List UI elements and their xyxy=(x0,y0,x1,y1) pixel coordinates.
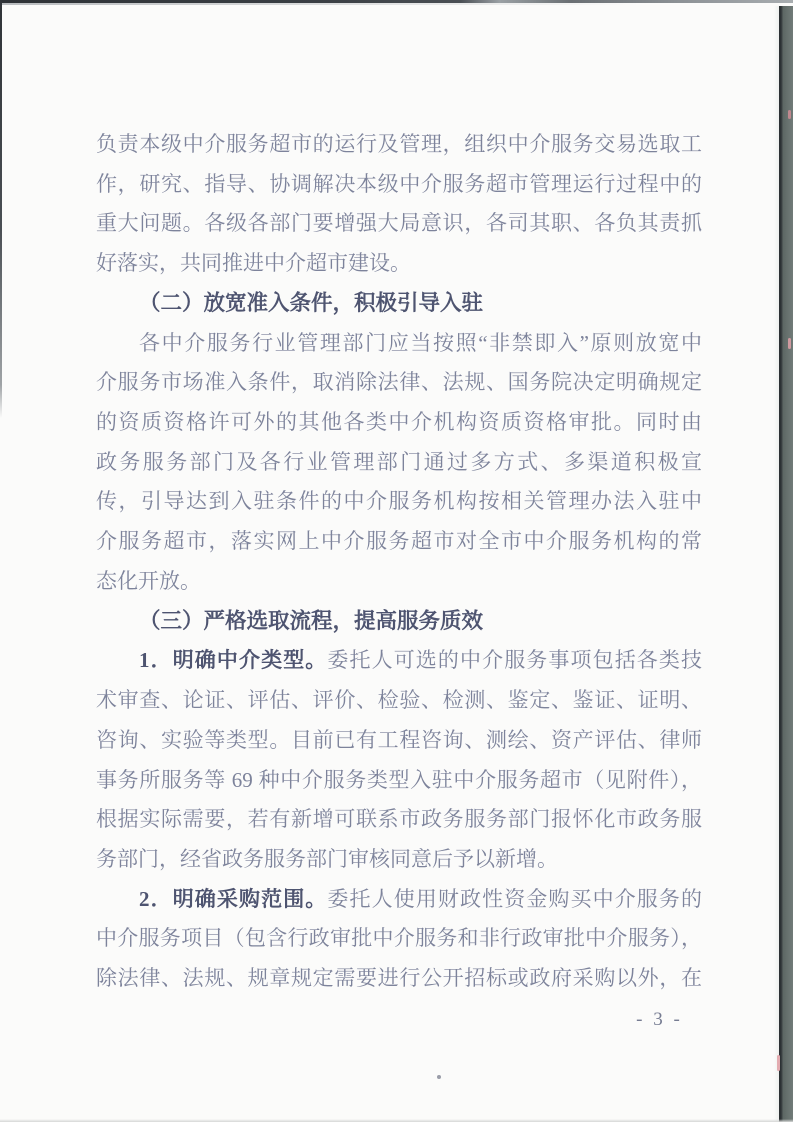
text-line: 2．明确采购范围。委托人使用财政性资金购买中介服务的 xyxy=(96,880,702,920)
text-line: 负责本级中介服务超市的运行及管理，组织中介服务交易选取工 xyxy=(96,125,702,165)
text-line: 术审查、论证、评估、评价、检验、检测、鉴定、鉴证、证明、 xyxy=(96,681,702,721)
text-line: 根据实际需要，若有新增可联系市政务服务部门报怀化市政务服 xyxy=(96,800,702,840)
text-line: 中介服务项目（包含行政审批中介服务和非行政审批中介服务）， xyxy=(96,919,702,959)
text-line: 态化开放。 xyxy=(96,562,702,602)
text-line: 务部门，经省政务服务部门审核同意后予以新增。 xyxy=(96,840,702,880)
text-line: 政务服务部门及各行业管理部门通过多方式、多渠道积极宣 xyxy=(96,443,702,483)
scan-artifact-speck xyxy=(437,1075,441,1079)
scan-binding-strip xyxy=(779,6,793,1122)
text-line: 介服务市场准入条件，取消除法律、法规、国务院决定明确规定 xyxy=(96,363,702,403)
text-line: 重大问题。各级各部门要增强大局意识，各司其职、各负其责抓 xyxy=(96,204,702,244)
text-line: 1．明确中介类型。委托人可选的中介服务事项包括各类技 xyxy=(96,641,702,681)
bold-lead-in: 1．明确中介类型。 xyxy=(139,648,327,672)
bold-lead-in: 2．明确采购范围。 xyxy=(139,887,327,911)
document-body: 负责本级中介服务超市的运行及管理，组织中介服务交易选取工作，研究、指导、协调解决… xyxy=(96,125,702,999)
text-line: 传，引导达到入驻条件的中介服务机构按相关管理办法入驻中 xyxy=(96,482,702,522)
text-line: 的资质资格许可外的其他各类中介机构资质资格审批。同时由 xyxy=(96,403,702,443)
scan-artifact-speck xyxy=(788,338,791,349)
scanned-document-page: 负责本级中介服务超市的运行及管理，组织中介服务交易选取工作，研究、指导、协调解决… xyxy=(0,0,793,1122)
text-line: 事务所服务等 69 种中介服务类型入驻中介服务超市（见附件）， xyxy=(96,761,702,801)
heading-line: （三）严格选取流程，提高服务质效 xyxy=(96,602,702,642)
text-line: 各中介服务行业管理部门应当按照“非禁即入”原则放宽中 xyxy=(96,324,702,364)
text-segment: 委托人可选的中介服务事项包括各类技 xyxy=(327,648,702,672)
scan-edge-top-shadow xyxy=(0,3,640,5)
scan-edge-left xyxy=(0,0,2,418)
scan-artifact-speck xyxy=(788,110,791,119)
text-line: 除法律、法规、规章规定需要进行公开招标或政府采购以外，在 xyxy=(96,959,702,999)
text-line: 好落实，共同推进中介超市建设。 xyxy=(96,244,702,284)
text-line: 作，研究、指导、协调解决本级中介服务超市管理运行过程中的 xyxy=(96,165,702,205)
text-segment: 委托人使用财政性资金购买中介服务的 xyxy=(327,887,702,911)
text-line: 介服务超市，落实网上中介服务超市对全市中介服务机构的常 xyxy=(96,522,702,562)
scan-artifact-speck xyxy=(777,1055,780,1071)
page-number: - 3 - xyxy=(612,1006,707,1034)
heading-line: （二）放宽准入条件，积极引导入驻 xyxy=(96,284,702,324)
text-line: 咨询、实验等类型。目前已有工程咨询、测绘、资产评估、律师 xyxy=(96,721,702,761)
